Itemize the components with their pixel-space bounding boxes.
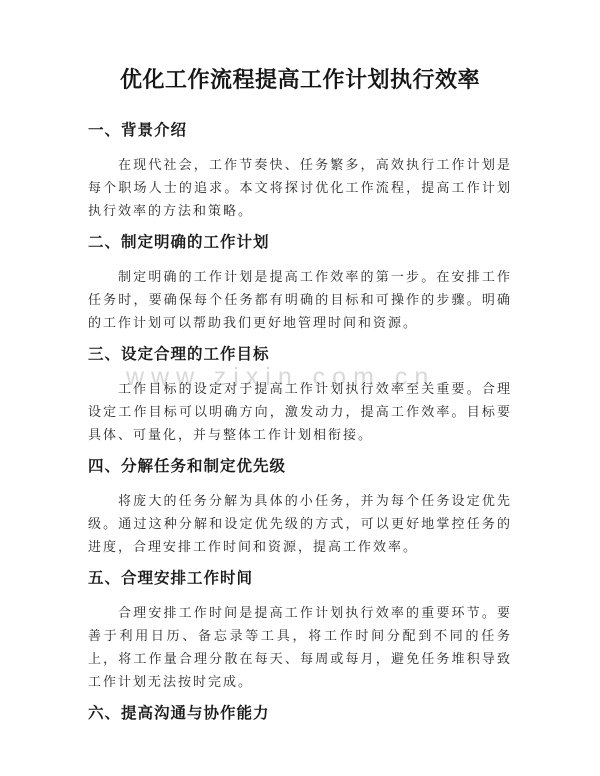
section-heading: 一、背景介绍 — [88, 120, 512, 141]
section-heading: 五、合理安排工作时间 — [88, 568, 512, 589]
section-paragraph: 制定明确的工作计划是提高工作效率的第一步。在安排工作任务时，要确保每个任务都有明… — [88, 265, 512, 334]
document-page: www.zixin.com.cn 优化工作流程提高工作计划执行效率 一、背景介绍… — [0, 0, 600, 776]
section-paragraph: 合理安排工作时间是提高工作计划执行效率的重要环节。要善于利用日历、备忘录等工具，… — [88, 601, 512, 693]
section-paragraph: 工作目标的设定对于提高工作计划执行效率至关重要。合理设定工作目标可以明确方向，激… — [88, 377, 512, 446]
section-heading: 三、设定合理的工作目标 — [88, 344, 512, 365]
section-time-management: 五、合理安排工作时间 合理安排工作时间是提高工作计划执行效率的重要环节。要善于利… — [88, 568, 512, 693]
section-heading: 四、分解任务和制定优先级 — [88, 456, 512, 477]
section-task-breakdown: 四、分解任务和制定优先级 将庞大的任务分解为具体的小任务，并为每个任务设定优先级… — [88, 456, 512, 558]
document-content: 一、背景介绍 在现代社会，工作节奏快、任务繁多，高效执行工作计划是每个职场人士的… — [0, 120, 600, 724]
section-reasonable-goals: 三、设定合理的工作目标 工作目标的设定对于提高工作计划执行效率至关重要。合理设定… — [88, 344, 512, 446]
section-background: 一、背景介绍 在现代社会，工作节奏快、任务繁多，高效执行工作计划是每个职场人士的… — [88, 120, 512, 222]
document-title: 优化工作流程提高工作计划执行效率 — [44, 64, 556, 96]
section-paragraph: 将庞大的任务分解为具体的小任务，并为每个任务设定优先级。通过这种分解和设定优先级… — [88, 489, 512, 558]
section-heading: 六、提高沟通与协作能力 — [88, 703, 512, 724]
section-clear-plan: 二、制定明确的工作计划 制定明确的工作计划是提高工作效率的第一步。在安排工作任务… — [88, 232, 512, 334]
section-paragraph: 在现代社会，工作节奏快、任务繁多，高效执行工作计划是每个职场人士的追求。本文将探… — [88, 153, 512, 222]
section-heading: 二、制定明确的工作计划 — [88, 232, 512, 253]
section-communication: 六、提高沟通与协作能力 — [88, 703, 512, 724]
